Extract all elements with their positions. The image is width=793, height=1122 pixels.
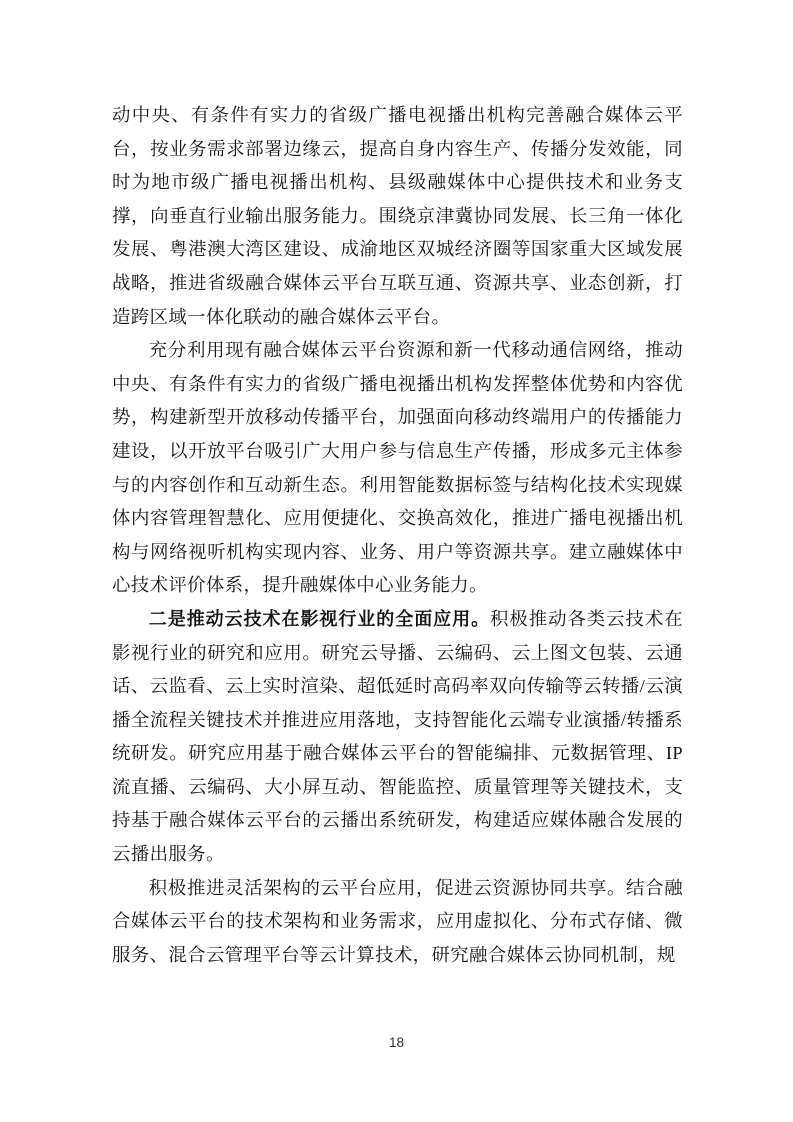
paragraph: 积极推进灵活架构的云平台应用，促进云资源协同共享。结合融合媒体云平台的技术架构和… <box>112 872 683 973</box>
page-number: 18 <box>0 1035 793 1050</box>
paragraph: 充分利用现有融合媒体云平台资源和新一代移动通信网络，推动中央、有条件有实力的省级… <box>112 334 683 603</box>
paragraph-bold-lead: 二是推动云技术在影视行业的全面应用。 <box>149 609 490 629</box>
document-page: 动中央、有条件有实力的省级广播电视播出机构完善融合媒体云平台，按业务需求部署边缘… <box>0 0 793 1122</box>
paragraph: 动中央、有条件有实力的省级广播电视播出机构完善融合媒体云平台，按业务需求部署边缘… <box>112 99 683 334</box>
paragraph: 二是推动云技术在影视行业的全面应用。积极推动各类云技术在影视行业的研究和应用。研… <box>112 603 683 872</box>
document-body: 动中央、有条件有实力的省级广播电视播出机构完善融合媒体云平台，按业务需求部署边缘… <box>112 99 683 972</box>
paragraph-text: 积极推动各类云技术在影视行业的研究和应用。研究云导播、云编码、云上图文包装、云通… <box>112 609 683 864</box>
